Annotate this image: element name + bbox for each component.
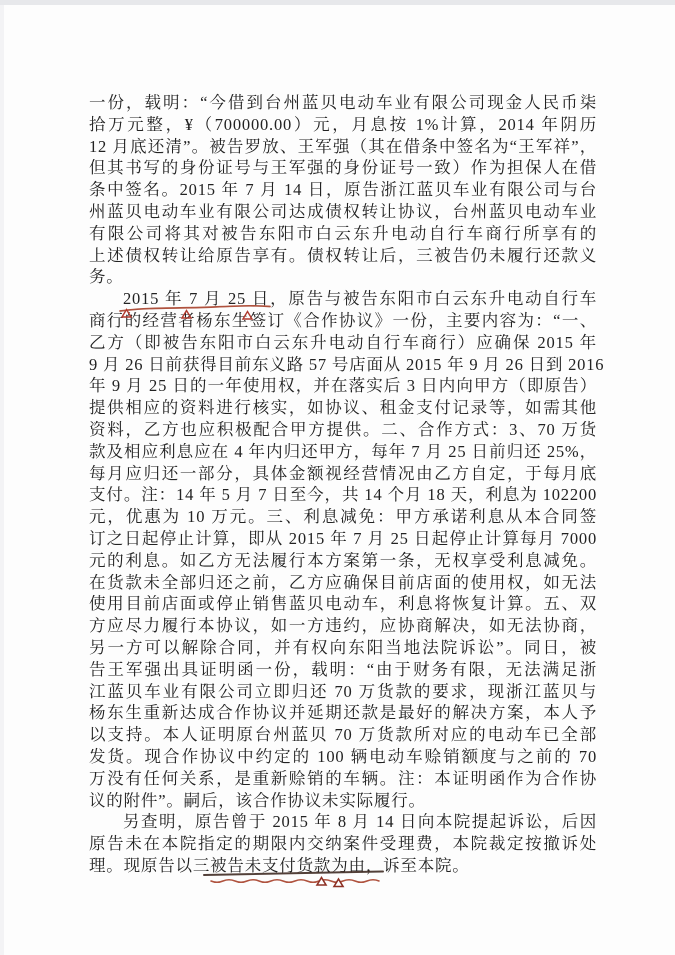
text-segment: 12 月底还清”。被告罗放、王军强（其在借条中签名为“王军祥”， — [89, 137, 597, 156]
text-line: 务。 — [89, 266, 597, 288]
text-line: 另查明，原告曾于 2015 年 8 月 14 日向本院提起诉讼，后因 — [89, 811, 597, 833]
text-line: 以支持。本人证明原台州蓝贝 70 万货款所对应的电动车已全部 — [89, 724, 597, 746]
text-segment: ，诉至本院。 — [366, 856, 470, 875]
text-segment: 上述债权转让给原告享有。债权转让后，三被告仍未履行还款义 — [89, 246, 597, 265]
text-line: 乙方（即被告东阳市白云东升电动自行车商行）应确保 2015 年 — [89, 332, 597, 354]
text-line: 理。现原告以三被告未支付货款为由，诉至本院。 — [89, 855, 597, 877]
text-segment: 原告未在本院指定的期限内交纳案件受理费，本院裁定按撤诉处 — [89, 834, 597, 853]
text-line: 在货款未全部归还之前，乙方应确保目前店面的使用权，如无法 — [89, 572, 597, 594]
text-line: 方应尽力履行本协议，如一方违约，应协商解决，如无法协商， — [89, 615, 597, 637]
text-segment: 提供相应的资料进行核实，如协议、租金支付记录等，如需其他 — [89, 398, 597, 417]
document-page: 一份，载明：“今借到台州蓝贝电动车业有限公司现金人民币柒拾万元整，¥（70000… — [4, 5, 675, 955]
text-segment: 每月应归还一部分，具体金额视经营情况由乙方自定，于每月底 — [89, 464, 597, 483]
text-segment: 务。 — [89, 267, 124, 286]
text-line: 订之日起停止计算，即从 2015 年 7 月 25 日起停止计算每月 7000 — [89, 528, 597, 550]
text-line: 发货。现合作协议中约定的 100 辆电动车赊销额度与之前的 70 — [89, 746, 597, 768]
text-line: 支付。注：14 年 5 月 7 日至今，共 14 个月 18 天，利息为 102… — [89, 484, 597, 506]
text-line: 万没有任何关系，是重新赊销的车辆。注：本证明函作为合作协 — [89, 768, 597, 790]
text-segment: 以支持。本人证明原台州蓝贝 70 万货款所对应的电动车已全部 — [89, 725, 597, 744]
text-segment: 9 月 26 日前获得目前东义路 57 号店面从 2015 年 9 月 26 日… — [89, 355, 604, 374]
text-line: 使用目前店面或停止销售蓝贝电动车，利息将恢复计算。五、双 — [89, 593, 597, 615]
text-line: 条中签名。2015 年 7 月 14 日，原告浙江蓝贝车业有限公司与台 — [89, 179, 597, 201]
text-segment: 发货。现合作协议中约定的 100 辆电动车赊销额度与之前的 70 — [89, 747, 597, 766]
text-line: 州蓝贝电动车业有限公司达成债权转让协议，台州蓝贝电动车业 — [89, 201, 597, 223]
text-segment: 使用目前店面或停止销售蓝贝电动车，利息将恢复计算。五、双 — [89, 594, 597, 613]
text-segment: 款及相应利息应在 4 年内归还甲方，每年 7 月 25 日前归还 25%， — [89, 442, 597, 461]
text-segment: 但其书写的身份证号与王军强的身份证号一致）作为担保人在借 — [89, 158, 597, 177]
text-line: 江蓝贝车业有限公司立即归还 70 万货款的要求，现浙江蓝贝与 — [89, 681, 597, 703]
text-segment: 一份，载明：“今借到台州蓝贝电动车业有限公司现金人民币柒 — [89, 93, 597, 112]
text-segment: 另一方可以解除合同，并有权向东阳当地法院诉讼”。同日，被 — [89, 638, 597, 657]
text-line: 原告未在本院指定的期限内交纳案件受理费，本院裁定按撤诉处 — [89, 833, 597, 855]
document-text-block: 一份，载明：“今借到台州蓝贝电动车业有限公司现金人民币柒拾万元整，¥（70000… — [89, 92, 597, 877]
text-segment: 万没有任何关系，是重新赊销的车辆。注：本证明函作为合作协 — [89, 769, 597, 788]
text-segment: 支付。注：14 年 5 月 7 日至今，共 14 个月 18 天，利息为 102… — [89, 485, 597, 504]
text-segment: 在货款未全部归还之前，乙方应确保目前店面的使用权，如无法 — [89, 573, 597, 592]
annotated-text-red-underline: 2015 年 7 月 25 日 — [123, 289, 270, 308]
text-line: 提供相应的资料进行核实，如协议、租金支付记录等，如需其他 — [89, 397, 597, 419]
text-line: 一份，载明：“今借到台州蓝贝电动车业有限公司现金人民币柒 — [89, 92, 597, 114]
text-line: 杨东生重新达成合作协议并延期还款是最好的解决方案，本人予 — [89, 702, 597, 724]
text-segment: 乙方（即被告东阳市白云东升电动自行车商行）应确保 2015 年 — [89, 333, 597, 352]
text-line: 有限公司将其对被告东阳市白云东升电动自行车商行所享有的 — [89, 223, 597, 245]
text-line: 商行的经营者杨东生签订《合作协议》一份，主要内容为：“一、 — [89, 310, 597, 332]
text-segment: 条中签名。2015 年 7 月 14 日，原告浙江蓝贝车业有限公司与台 — [89, 180, 597, 199]
text-line: 资料，乙方也应积极配合甲方提供。二、合作方式：3、70 万货 — [89, 419, 597, 441]
text-line: 年 9 月 25 日的一年使用权，并在落实后 3 日内向甲方（即原告） — [89, 375, 597, 397]
text-line: 9 月 26 日前获得目前东义路 57 号店面从 2015 年 9 月 26 日… — [89, 354, 597, 376]
red-triangle-mark — [317, 878, 326, 886]
text-line: 议的附件”。嗣后，该合作协议未实际履行。 — [89, 790, 597, 812]
text-segment: 州蓝贝电动车业有限公司达成债权转让协议，台州蓝贝电动车业 — [89, 202, 597, 221]
text-line: 款及相应利息应在 4 年内归还甲方，每年 7 月 25 日前归还 25%， — [89, 441, 597, 463]
text-line: 元的利息。如乙方无法履行本方案第一条，无权享受利息减免。 — [89, 550, 597, 572]
text-segment: ，原告与被告东阳市白云东升电动自行车 — [270, 289, 597, 308]
annotated-text-red-wavy: 三被告未支付货款为由 — [193, 856, 366, 875]
text-line: 2015 年 7 月 25 日，原告与被告东阳市白云东升电动自行车 — [89, 288, 597, 310]
text-segment: 元，优惠为 10 万元。三、利息减免：甲方承诺利息从本合同签 — [89, 507, 597, 526]
text-segment: 议的附件”。嗣后，该合作协议未实际履行。 — [89, 791, 426, 810]
text-line: 元，优惠为 10 万元。三、利息减免：甲方承诺利息从本合同签 — [89, 506, 597, 528]
text-line: 另一方可以解除合同，并有权向东阳当地法院诉讼”。同日，被 — [89, 637, 597, 659]
text-segment: 方应尽力履行本协议，如一方违约，应协商解决，如无法协商， — [89, 616, 597, 635]
text-line: 每月应归还一部分，具体金额视经营情况由乙方自定，于每月底 — [89, 463, 597, 485]
text-line: 但其书写的身份证号与王军强的身份证号一致）作为担保人在借 — [89, 157, 597, 179]
text-segment: 元的利息。如乙方无法履行本方案第一条，无权享受利息减免。 — [89, 551, 597, 570]
text-line: 拾万元整，¥（700000.00）元，月息按 1%计算，2014 年阴历 — [89, 114, 597, 136]
text-segment: 江蓝贝车业有限公司立即归还 70 万货款的要求，现浙江蓝贝与 — [89, 682, 597, 701]
text-line: 告王军强出具证明函一份，载明：“由于财务有限，无法满足浙 — [89, 659, 597, 681]
text-segment: 杨东生重新达成合作协议并延期还款是最好的解决方案，本人予 — [89, 703, 597, 722]
text-segment: 订之日起停止计算，即从 2015 年 7 月 25 日起停止计算每月 7000 — [89, 529, 597, 548]
text-segment: 告王军强出具证明函一份，载明：“由于财务有限，无法满足浙 — [89, 660, 597, 679]
text-line: 上述债权转让给原告享有。债权转让后，三被告仍未履行还款义 — [89, 245, 597, 267]
text-segment: 资料，乙方也应积极配合甲方提供。二、合作方式：3、70 万货 — [89, 420, 597, 439]
text-segment: 理。现原告以 — [89, 856, 193, 875]
text-segment: 有限公司将其对被告东阳市白云东升电动自行车商行所享有的 — [89, 224, 597, 243]
text-segment: 拾万元整，¥（700000.00）元，月息按 1%计算，2014 年阴历 — [89, 115, 597, 134]
red-wavy-annotation — [211, 880, 379, 883]
text-segment: 年 9 月 25 日的一年使用权，并在落实后 3 日内向甲方（即原告） — [89, 376, 597, 395]
text-line: 12 月底还清”。被告罗放、王军强（其在借条中签名为“王军祥”， — [89, 136, 597, 158]
text-segment: 商行的经营者杨东生签订《合作协议》一份，主要内容为：“一、 — [89, 311, 597, 330]
text-segment: 另查明，原告曾于 2015 年 8 月 14 日向本院提起诉讼，后因 — [123, 812, 597, 831]
red-triangle-mark — [334, 879, 343, 887]
